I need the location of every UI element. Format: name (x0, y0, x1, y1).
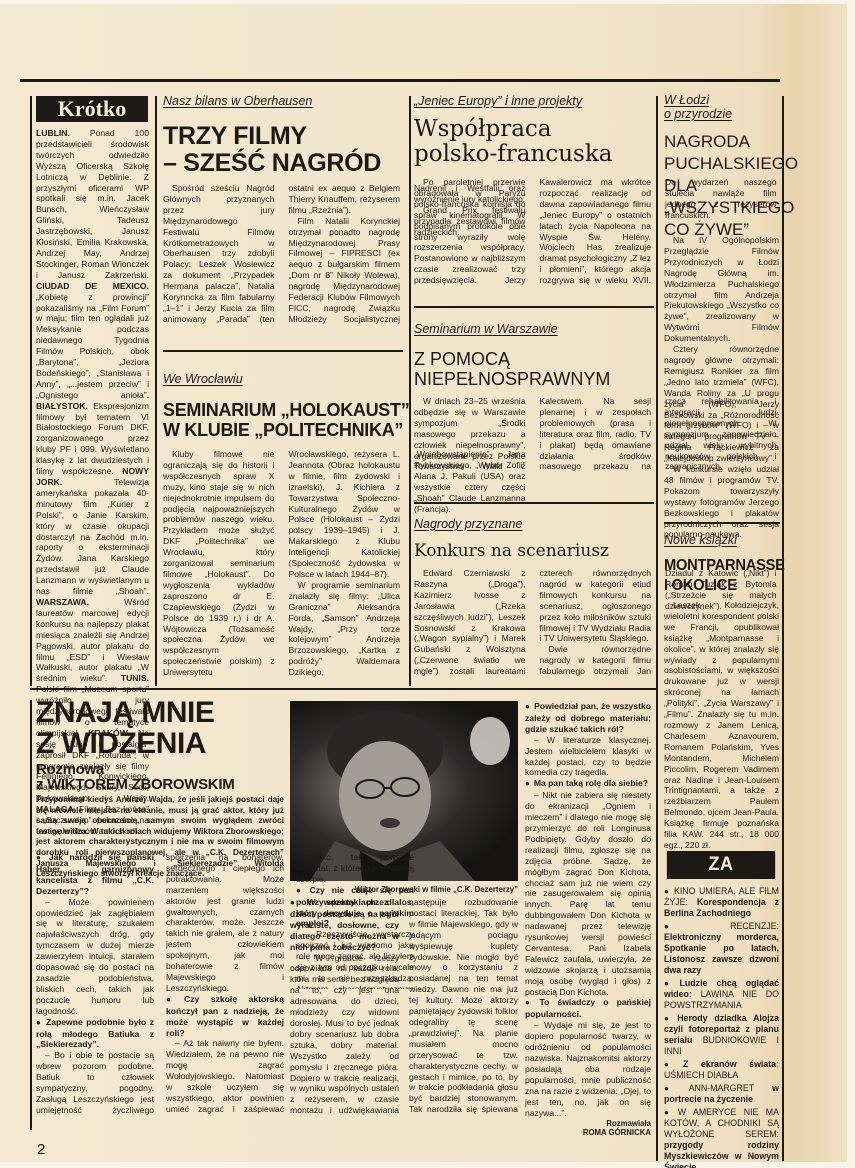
question: Jak narodził się pański Haber, garnizono… (36, 852, 154, 897)
column-rule-far-right (782, 96, 784, 1161)
kratko-text: Wśród laureatów marcowej edycji konkursu… (36, 597, 149, 683)
kratko-text: Telewizja amerykańska pokazała 40-minuto… (36, 477, 149, 596)
headline-line-2: W KLUBIE „POLITECHNIKA” (163, 420, 409, 440)
list-item: Z ekranów świata: UŚMIECH DIABŁA (664, 1059, 779, 1081)
kicker: Nowe książki (664, 533, 737, 547)
interview-body-middle: W spektaklach dla dzieci postacie są na … (290, 897, 518, 1125)
answer: – Może powinienem opowiedzieć jak zagłęb… (36, 897, 154, 1017)
headline: TRZY FILMY – SZEŚĆ NAGRÓD (163, 123, 381, 177)
item-text: W AMERYCE NIE MA KOTÓW, A CHODNIKI SĄ WY… (664, 1107, 779, 1139)
answer: – Nikt nie zabiera się niestety do ekran… (525, 790, 651, 997)
headline: Z POMOCĄ NIEPEŁNOSPRAWNYM (414, 349, 610, 389)
article-body: Edward Czerniawski z Raszyna („Droga”), … (414, 568, 651, 680)
headline-line-1: ZNAJĄ MNIE (36, 697, 214, 728)
headline-line-2: Z WIDZENIA (36, 728, 214, 759)
question: Czy szkołę aktorską kończył pan z nadzie… (166, 994, 284, 1039)
kicker-line-2: o przyrodzie (664, 107, 732, 121)
list-item: RECENZJE: Elektroniczny morderca, Spotka… (664, 921, 779, 976)
page-number: 2 (37, 1141, 45, 1158)
paragraph: Cztery równorzędne nagrody główne otrzym… (664, 344, 779, 464)
headline-line-2: NIEPEŁNOSPRAWNYM (414, 369, 610, 389)
headline-line-1: TRZY FILMY (163, 123, 381, 150)
question: W spektaklach dla dzieci postacie są na … (290, 897, 399, 953)
headline: Konkurs na scenariusz (414, 541, 609, 561)
headline-line-1: Z POMOCĄ (414, 349, 610, 369)
byline-name: ROMA GÓRNICKA (525, 1128, 651, 1137)
headline-line-2: – SZEŚĆ NAGRÓD (163, 150, 381, 177)
top-rule-2 (120, 79, 482, 81)
headline: NAGRODA PUCHALSKIEGO DLA „WSZYSTKIEGO CO… (664, 131, 779, 241)
section-rule (163, 350, 403, 352)
article-body: Spośród sześciu Nagród Głównych przyznan… (163, 183, 400, 331)
scan-edge-top (0, 0, 855, 4)
section-rule-interview (30, 688, 656, 690)
headline: Współpraca polsko-francuska (414, 117, 612, 167)
headline: SEMINARIUM „HOLOKAUST” W KLUBIE „POLITEC… (163, 400, 409, 440)
za-tydzien-list: KINO UMIERA, ALE FILM ŻYJE: Korespondenc… (664, 886, 779, 1168)
headline: MONTPARNASSE I OKOLICE (664, 556, 785, 596)
za-tydzien-title: ZA TYDZIEŃ (667, 851, 775, 879)
kratko-place: TUNIS. (121, 673, 149, 683)
byline-label: Rozmawiała (525, 1119, 651, 1128)
section-rule (664, 522, 780, 524)
list-item: Herody dziadka Alojza czyli fotoreportaż… (664, 1013, 779, 1057)
headline-line-1: SEMINARIUM „HOLOKAUST” (163, 400, 409, 420)
headline-line-2: I OKOLICE (664, 576, 785, 596)
list-item: Ludzie chcą oglądać wideo: LAWINA NIE DO… (664, 978, 779, 1011)
paragraph: W konkursie wzięło udział 48 filmów i pr… (664, 464, 779, 540)
question: To świadczy o pańskiej popularności. (525, 997, 651, 1020)
newspaper-page: Krótko LUBLIN. Ponad 100 przedstawicieli… (0, 0, 855, 1168)
headline-line-1: MONTPARNASSE (664, 556, 785, 576)
column-rule-kratko (155, 96, 157, 686)
kratko-title: Krótko (36, 96, 148, 122)
kicker: „Jeniec Europy” i inne projekty (414, 94, 582, 108)
kratko-text: Ponad 100 przedstawicieli środowisk twór… (36, 128, 149, 280)
paragraph: Leszek Kołodziejczyk, wieloletni korespo… (664, 600, 779, 851)
subheadline-line-1: Rozmowa (36, 762, 234, 777)
kicker: We Wrocławiu (163, 372, 243, 386)
headline-line-2: polsko-francuska (414, 142, 612, 167)
list-item: W AMERYCE NIE MA KOTÓW, A CHODNIKI SĄ WY… (664, 1107, 779, 1168)
kratko-place: CIUDAD DE MEXICO. (36, 281, 149, 291)
kratko-text: „Kobietę z prowincji” pokazaliśmy na „Fi… (36, 292, 149, 400)
kratko-place: WARSZAWA. (36, 597, 89, 607)
subheadline: Rozmowa z WIKTOREM ZBOROWSKIM (36, 762, 234, 792)
headline-line-1: Współpraca (414, 117, 612, 142)
kicker: W Łodzi o przyrodzie (664, 93, 732, 121)
column-rule-right (656, 96, 658, 1161)
item-bold: Elektroniczny morderca, Spotkanie po lat… (664, 932, 779, 975)
article-body: Na IV Ogólnopolskim Przeglądzie Filmów P… (664, 235, 779, 540)
question: Powiedział pan, że wszystko zależy od do… (525, 701, 651, 735)
list-item: ANN-MARGRET w portrecie na życzenie (664, 1083, 779, 1105)
byline: Rozmawiała ROMA GÓRNICKA (525, 1119, 651, 1137)
section-rule (414, 502, 654, 504)
answer: – W literaturze klasycznej. Jestem wielb… (525, 735, 651, 779)
kratko-place: BIAŁYSTOK. (36, 401, 88, 411)
article-body: W dniach 23–25 września odbędzie się w W… (414, 396, 651, 478)
item-text: RECENZJE: (730, 921, 779, 931)
paragraph: Na IV Ogólnopolskim Przeglądzie Filmów P… (664, 235, 779, 344)
item-text: UŚMIECH DIABŁA (664, 1070, 738, 1080)
kicker: Nagrody przyznane (414, 517, 522, 531)
interview-body-left: Jak narodził się pański Haber, garnizono… (36, 852, 284, 1124)
article-body: Kluby filmowe nie ograniczają się do his… (163, 449, 400, 681)
top-rule-3 (480, 79, 780, 82)
answer: – Wydaje mi się, że jest to dopiero popu… (525, 1020, 651, 1118)
kratko-place: LUBLIN. (36, 128, 70, 138)
section-rule (414, 306, 654, 308)
subheadline-line-2: z WIKTOREM ZBOROWSKIM (36, 777, 234, 792)
scan-edge-right (847, 0, 855, 1168)
interview-body-right: Powiedział pan, że wszystko zależy od do… (525, 701, 651, 1137)
kicker: Seminarium w Warszawie (414, 322, 558, 336)
item-bold: przygody rodziny Myszkiewiczów w Nowym Ś… (664, 1140, 779, 1168)
kratko-text: Ekspresjonizm filmowy był tematem VI Bia… (36, 401, 149, 476)
article-body: Leszek Kołodziejczyk, wieloletni korespo… (664, 600, 779, 851)
list-item: KINO UMIERA, ALE FILM ŻYJE: Korespondenc… (664, 886, 779, 919)
column-rule-middle (409, 96, 411, 686)
column-rule-left-lower (30, 700, 32, 1130)
article-body: Po paroletniej przerwie obradowała w Par… (414, 177, 651, 289)
kicker-line-1: W Łodzi (664, 93, 732, 107)
headline: ZNAJĄ MNIE Z WIDZENIA (36, 697, 214, 759)
kicker: Nasz bilans w Oberhausen (163, 94, 312, 108)
question: Zapewne podobnie było z rolą młodego Bat… (36, 1017, 154, 1051)
item-bold: Z ekranów świata: (683, 1059, 779, 1069)
column-rule-left (30, 96, 32, 686)
question: Ma pan taką rolę dla siebie? (525, 778, 651, 790)
item-text: ANN-MARGRET (689, 1083, 773, 1093)
